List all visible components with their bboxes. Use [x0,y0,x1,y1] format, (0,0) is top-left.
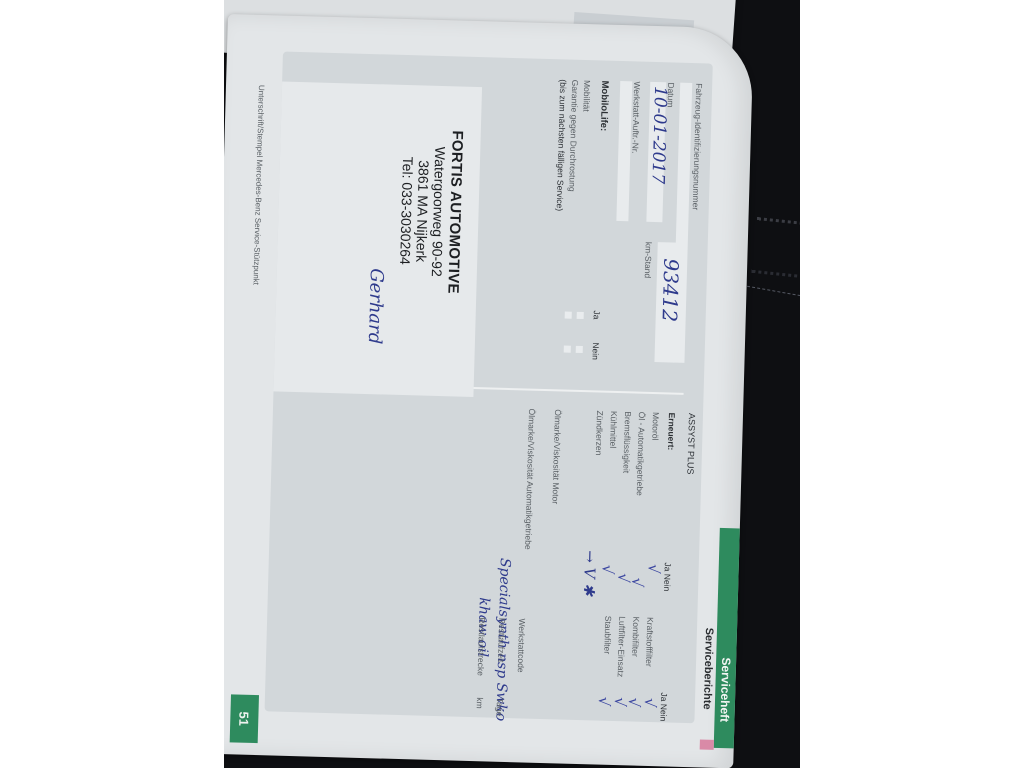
section-title: Serviceberichte [701,628,715,710]
service-type: ASSYST PLUS [685,413,697,475]
bremsfluessigkeit-tick: √ [614,573,632,583]
renewed-item-staubfilter: Staubfilter [602,616,613,655]
date-handwritten: 10-01-2017 [647,86,670,185]
mobilolife-title: MobiloLife: [598,80,610,131]
order-label: Werkstatt-Auftr.-Nr. [630,81,642,153]
staubfilter-tick: √ [595,697,613,707]
kuehlmittel-tick: √ [599,565,617,575]
mobility-no-checkbox[interactable] [576,346,583,353]
rust-yes-checkbox[interactable] [565,312,572,319]
mobilolife-line2: Garantie gegen Durchrostung [567,80,580,192]
renewed-item-bremsfluessigkeit: Bremsflüssigkeit [621,411,633,473]
page-content-rotated: Serviceheft Serviceberichte Fahrzeug-Ide… [224,14,754,768]
renewed-item-kuehlmittel: Kühlmittel [608,411,619,449]
stamp-caption: Unterschrift/Stempel Mercedes-Benz Servi… [251,85,266,285]
renewed-yes-no-right: Ja Nein [658,692,669,721]
dealer-stamp: FORTIS AUTOMOTIVE Watergoorweg 90-92 386… [396,129,466,294]
renewed-item-automatik: Öl - Automatikgetriebe [635,412,647,496]
mobilolife-no: Nein [590,342,600,360]
oil-auto-label: Ölmarke/Viskosität Automatikgetriebe [523,409,537,550]
renewed-item-kraftstofffilter: Kraftstofffilter [644,617,655,667]
renewed-yes-no-left: Ja Nein [662,562,673,591]
kraftstofffilter-tick: √ [641,698,659,708]
remaining-distance-unit: km [475,697,485,709]
motoroel-tick: √ [645,564,663,574]
luftfilter-tick: √ [611,697,629,707]
renewed-item-motoroel: Motoröl [650,412,661,441]
remaining-time-unit: Tage [494,698,505,717]
rust-no-checkbox[interactable] [564,346,571,353]
km-label: km-Stand [643,242,654,279]
renewed-item-zuendkerzen: Zündkerzen [594,410,605,455]
oil-motor-label: Ölmarke/Viskosität Motor [550,409,563,504]
mobilolife-yes: Ja [592,310,602,319]
renewed-item-luftfilter: Luftfilter-Einsatz [616,616,628,677]
km-handwritten: 93412 [658,258,684,322]
booklet-photo: Serviceheft Serviceberichte Fahrzeug-Ide… [224,0,800,768]
serviceheft-tab: Serviceheft [714,528,740,748]
renewed-title: Erneuert: [666,412,677,450]
service-booklet-page: Serviceheft Serviceberichte Fahrzeug-Ide… [224,14,754,768]
remaining-distance-label: Restlaufstrecke [476,617,488,676]
remaining-time-label: Restlaufzeit [496,618,507,663]
tab-title: Serviceheft [717,657,733,722]
service-form: Fahrzeug-Identifizierungsnummer Datum 10… [265,52,713,724]
ident-label: Fahrzeug-Identifizierungsnummer [691,83,705,210]
signature: Gerhard [364,268,387,345]
mobilolife-line1: Mobilität [581,80,592,112]
pink-marker [700,739,714,749]
order-field[interactable] [616,81,632,221]
workshop-code-label: Werkstattcode [516,618,528,672]
renewed-item-kombifilter: Kombifilter [630,616,641,656]
mobility-yes-checkbox[interactable] [577,312,584,319]
page-number: 51 [230,694,259,743]
zuendkerzen-mark: → V ✱ [580,550,599,596]
